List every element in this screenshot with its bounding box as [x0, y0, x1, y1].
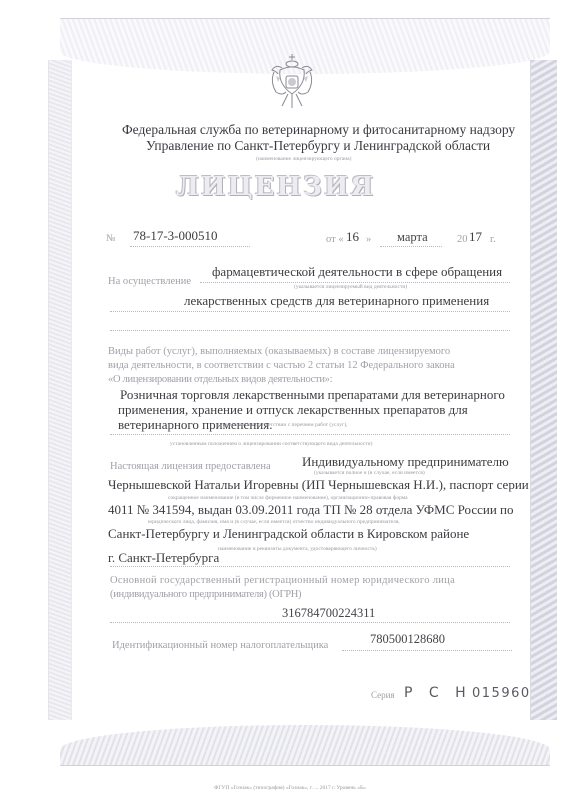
works-intro-line2: вида деятельности, в соответствии с част…	[108, 360, 455, 371]
series-letters: Р С Н	[404, 685, 472, 701]
works-value-line2: применения, хранение и отпуск лекарствен…	[118, 402, 468, 418]
footer-print: ФГУП «Гознак» (типография) «Гознак», г. …	[214, 785, 366, 791]
activity-label: На осуществление	[108, 276, 191, 287]
ogrn-label-line2: (индивидуального предпринимателя) (ОГРН)	[110, 589, 301, 600]
number-underline	[130, 246, 250, 247]
licensee-caption1: (указывается полное и (в случае, если им…	[314, 470, 425, 476]
licensee-line2: Чернышевской Натальи Игоревны (ИП Черныш…	[108, 477, 529, 493]
licensee-label: Настоящая лицензия предоставлена	[110, 461, 271, 472]
date-day: 16	[346, 229, 359, 245]
authority-line2: Управление по Санкт-Петербургу и Ленингр…	[146, 138, 490, 154]
licensee-line5: г. Санкт-Петербурга	[108, 550, 219, 566]
date-prefix: от «	[326, 234, 344, 245]
activity-line1: фармацевтической деятельности в сфере об…	[212, 264, 502, 280]
works-value-line1: Розничная торговля лекарственными препар…	[120, 387, 505, 403]
licensee-line3: 4011 № 341594, выдан 03.09.2011 года ТП …	[108, 502, 514, 518]
document-title: ЛИЦЕНЗИЯ	[176, 172, 375, 202]
authority-line1: Федеральная служба по ветеринарному и фи…	[122, 122, 515, 138]
works-caption2: установленным положением о лицензировани…	[170, 441, 372, 447]
activity-line2: лекарственных средств для ветеринарного …	[184, 293, 489, 309]
licensee-caption4: наименование и реквизиты документа, удос…	[218, 546, 377, 552]
series-label: Серия	[371, 690, 395, 700]
authority-caption: (наименование лицензирующего органа)	[256, 156, 351, 162]
date-suffix: г.	[490, 234, 496, 245]
licensee-line4: Санкт-Петербургу и Ленинградской области…	[108, 526, 469, 542]
frame-left-ornament	[48, 60, 72, 720]
series-number: 015960	[472, 686, 531, 701]
month-underline	[380, 246, 442, 247]
ogrn-value: 316784700224311	[282, 606, 375, 621]
activity-underline3	[110, 330, 510, 331]
license-document: Федеральная служба по ветеринарному и фи…	[0, 0, 582, 800]
activity-underline2	[110, 311, 510, 312]
number-label: №	[106, 233, 116, 244]
ogrn-label-line1: Основной государственный регистрационный…	[110, 575, 455, 586]
works-caption1: (указываются в соответствии с перечнем р…	[218, 422, 347, 428]
works-intro-line1: Виды работ (услуг), выполняемых (оказыва…	[108, 346, 450, 357]
inn-value: 780500128680	[370, 632, 445, 647]
inn-label: Идентификационный номер налогоплательщик…	[112, 640, 328, 651]
date-close: »	[366, 234, 371, 245]
ogrn-underline	[110, 622, 510, 623]
license-number: 78-17-3-000510	[133, 228, 218, 244]
licensee-caption3: юридического лица, фамилия, имя и (в слу…	[148, 519, 400, 525]
licensee-caption2: сокращенное наименование (в том числе фи…	[168, 495, 408, 501]
frame-right-ornament	[530, 60, 557, 720]
inn-underline	[342, 650, 512, 651]
works-underline	[110, 434, 510, 435]
licensee-line1: Индивидуальному предпринимателю	[302, 454, 509, 470]
licensee-underline	[110, 566, 510, 567]
activity-caption: (указывается лицензируемый вид деятельно…	[294, 284, 407, 290]
date-year-prefix: 20	[457, 234, 468, 245]
works-intro-line3: «О лицензировании отдельных видов деятел…	[108, 374, 332, 385]
date-year-suffix: 17	[469, 229, 482, 245]
frame-bottom-ornament	[60, 725, 550, 766]
double-headed-eagle-icon	[266, 50, 318, 112]
date-month: марта	[397, 230, 428, 245]
activity-underline1	[200, 282, 510, 283]
